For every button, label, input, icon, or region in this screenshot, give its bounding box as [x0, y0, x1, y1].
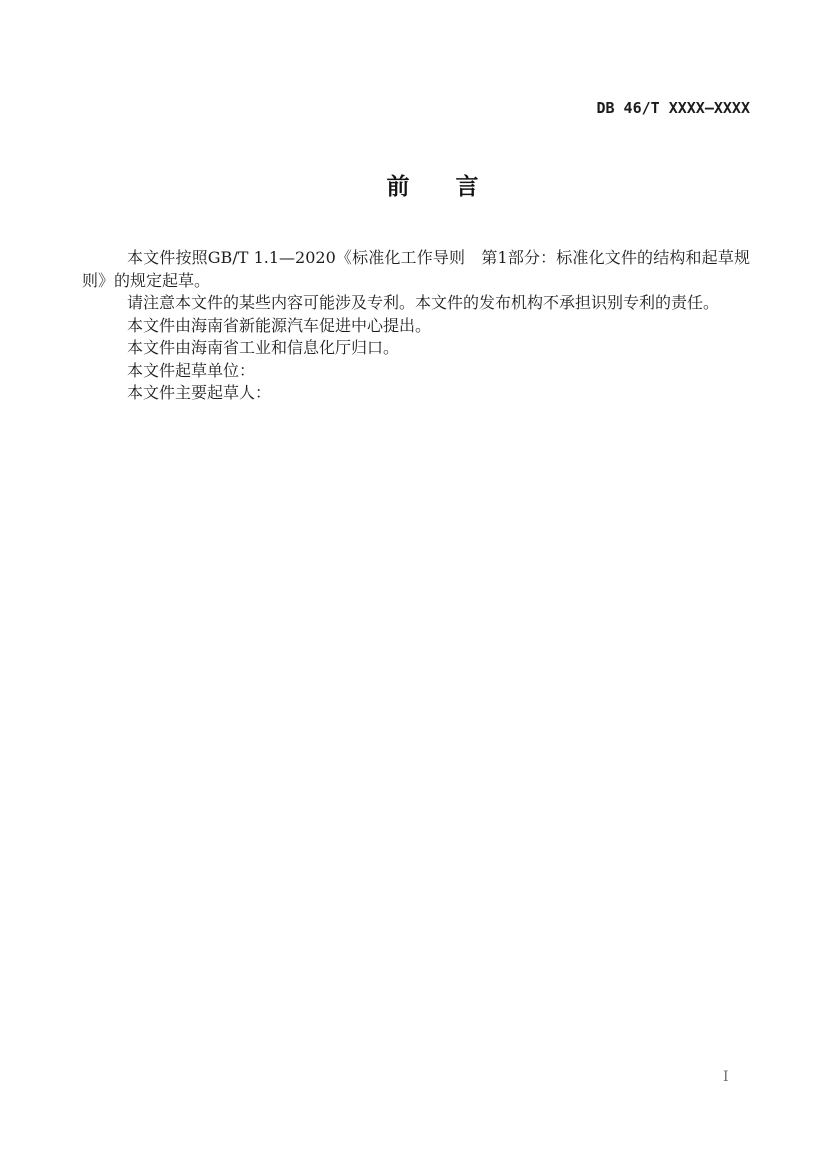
foreword-title: 前 言 — [0, 168, 827, 201]
paragraph-patent-notice: 请注意本文件的某些内容可能涉及专利。本文件的发布机构不承担识别专利的责任。 — [82, 292, 750, 315]
foreword-body: 本文件按照GB/T 1.1—2020《标准化工作导则 第1部分：标准化文件的结构… — [82, 247, 750, 405]
paragraph-drafting-rules: 本文件按照GB/T 1.1—2020《标准化工作导则 第1部分：标准化文件的结构… — [82, 247, 750, 292]
paragraph-drafting-organizations: 本文件起草单位： — [82, 360, 750, 383]
paragraph-centralizer: 本文件由海南省工业和信息化厅归口。 — [82, 337, 750, 360]
document-page: DB 46/T XXXX—XXXX 前 言 本文件按照GB/T 1.1—2020… — [0, 0, 827, 1170]
paragraph-proposer: 本文件由海南省新能源汽车促进中心提出。 — [82, 315, 750, 338]
page-number: I — [723, 1069, 729, 1085]
paragraph-main-drafters: 本文件主要起草人： — [82, 382, 750, 405]
standard-code: DB 46/T XXXX—XXXX — [596, 99, 750, 117]
